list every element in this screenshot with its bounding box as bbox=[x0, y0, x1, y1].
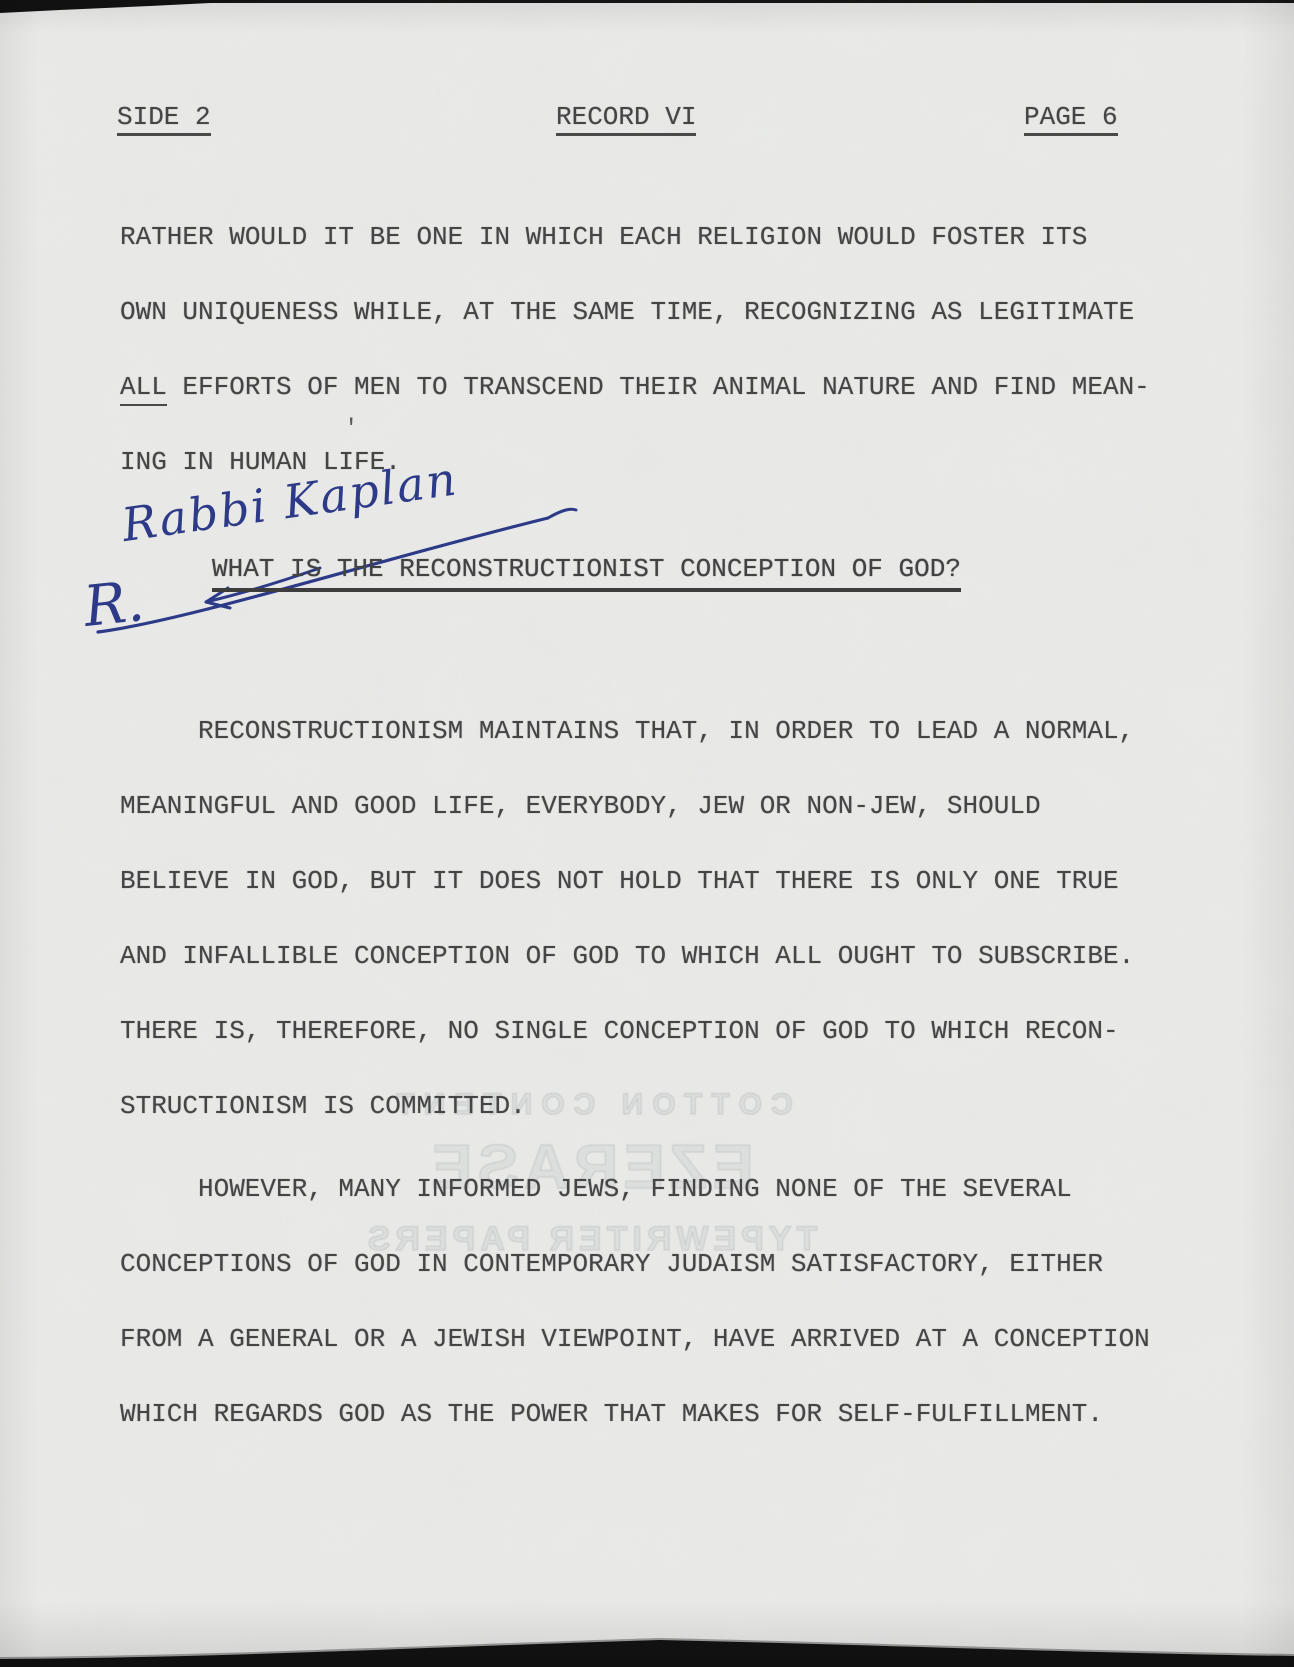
typed-text: BELIEVE IN GOD, BUT IT DOES NOT HOLD THA… bbox=[120, 866, 1119, 896]
typed-line: HOWEVER, MANY INFORMED JEWS, FINDING NON… bbox=[120, 1176, 1220, 1202]
typed-line: CONCEPTIONS OF GOD IN CONTEMPORARY JUDAI… bbox=[120, 1251, 1220, 1277]
typed-text: THERE IS, THEREFORE, NO SINGLE CONCEPTIO… bbox=[120, 1016, 1119, 1046]
typed-line: RECONSTRUCTIONISM MAINTAINS THAT, IN ORD… bbox=[120, 718, 1220, 744]
typed-text: RECONSTRUCTIONISM MAINTAINS THAT, IN ORD… bbox=[198, 716, 1134, 746]
typed-text: CONCEPTIONS OF GOD IN CONTEMPORARY JUDAI… bbox=[120, 1249, 1103, 1279]
handwritten-initial: R. bbox=[81, 569, 147, 640]
typed-text: MEANINGFUL AND GOOD LIFE, EVERYBODY, JEW… bbox=[120, 791, 1041, 821]
ink-speck: ' bbox=[344, 416, 358, 443]
scan-edge-bottom bbox=[0, 1625, 1294, 1667]
typed-text: RATHER WOULD IT BE ONE IN WHICH EACH REL… bbox=[120, 222, 1087, 252]
scanned-typewritten-page: COTTON CONTENTEZERASETYPEWRITER PAPERS S… bbox=[0, 0, 1294, 1667]
header-page-label: PAGE 6 bbox=[1024, 104, 1118, 136]
header-record-label: RECORD VI bbox=[556, 104, 696, 136]
paragraph-reconstructionism-maintains: RECONSTRUCTIONISM MAINTAINS THAT, IN ORD… bbox=[120, 718, 1220, 1168]
typed-line: BELIEVE IN GOD, BUT IT DOES NOT HOLD THA… bbox=[120, 868, 1220, 894]
typed-line: FROM A GENERAL OR A JEWISH VIEWPOINT, HA… bbox=[120, 1326, 1220, 1352]
typed-text: AND INFALLIBLE CONCEPTION OF GOD TO WHIC… bbox=[120, 941, 1134, 971]
typed-line: ING IN HUMAN LIFE. bbox=[120, 449, 1220, 475]
scan-edge-top bbox=[0, 0, 1294, 14]
header-side-label: SIDE 2 bbox=[117, 104, 211, 136]
typed-line: ALL EFFORTS OF MEN TO TRANSCEND THEIR AN… bbox=[120, 374, 1220, 400]
paragraph-however-informed-jews: HOWEVER, MANY INFORMED JEWS, FINDING NON… bbox=[120, 1176, 1220, 1476]
typed-text: HOWEVER, MANY INFORMED JEWS, FINDING NON… bbox=[198, 1174, 1072, 1204]
section-heading: WHAT IS THE RECONSTRUCTIONIST CONCEPTION… bbox=[212, 556, 961, 592]
typed-text: EFFORTS OF MEN TO TRANSCEND THEIR ANIMAL… bbox=[167, 372, 1150, 402]
typed-line: OWN UNIQUENESS WHILE, AT THE SAME TIME, … bbox=[120, 299, 1220, 325]
typed-line: THERE IS, THEREFORE, NO SINGLE CONCEPTIO… bbox=[120, 1018, 1220, 1044]
typed-text: FROM A GENERAL OR A JEWISH VIEWPOINT, HA… bbox=[120, 1324, 1150, 1354]
typed-text: WHICH REGARDS GOD AS THE POWER THAT MAKE… bbox=[120, 1399, 1103, 1429]
typed-line: AND INFALLIBLE CONCEPTION OF GOD TO WHIC… bbox=[120, 943, 1220, 969]
typed-line: WHICH REGARDS GOD AS THE POWER THAT MAKE… bbox=[120, 1401, 1220, 1427]
typed-line: RATHER WOULD IT BE ONE IN WHICH EACH REL… bbox=[120, 224, 1220, 250]
underlined-word: ALL bbox=[120, 372, 167, 406]
typed-text: STRUCTIONISM IS COMMITTED. bbox=[120, 1091, 526, 1121]
typed-line: MEANINGFUL AND GOOD LIFE, EVERYBODY, JEW… bbox=[120, 793, 1220, 819]
typed-text: OWN UNIQUENESS WHILE, AT THE SAME TIME, … bbox=[120, 297, 1134, 327]
typed-line: STRUCTIONISM IS COMMITTED. bbox=[120, 1093, 1220, 1119]
